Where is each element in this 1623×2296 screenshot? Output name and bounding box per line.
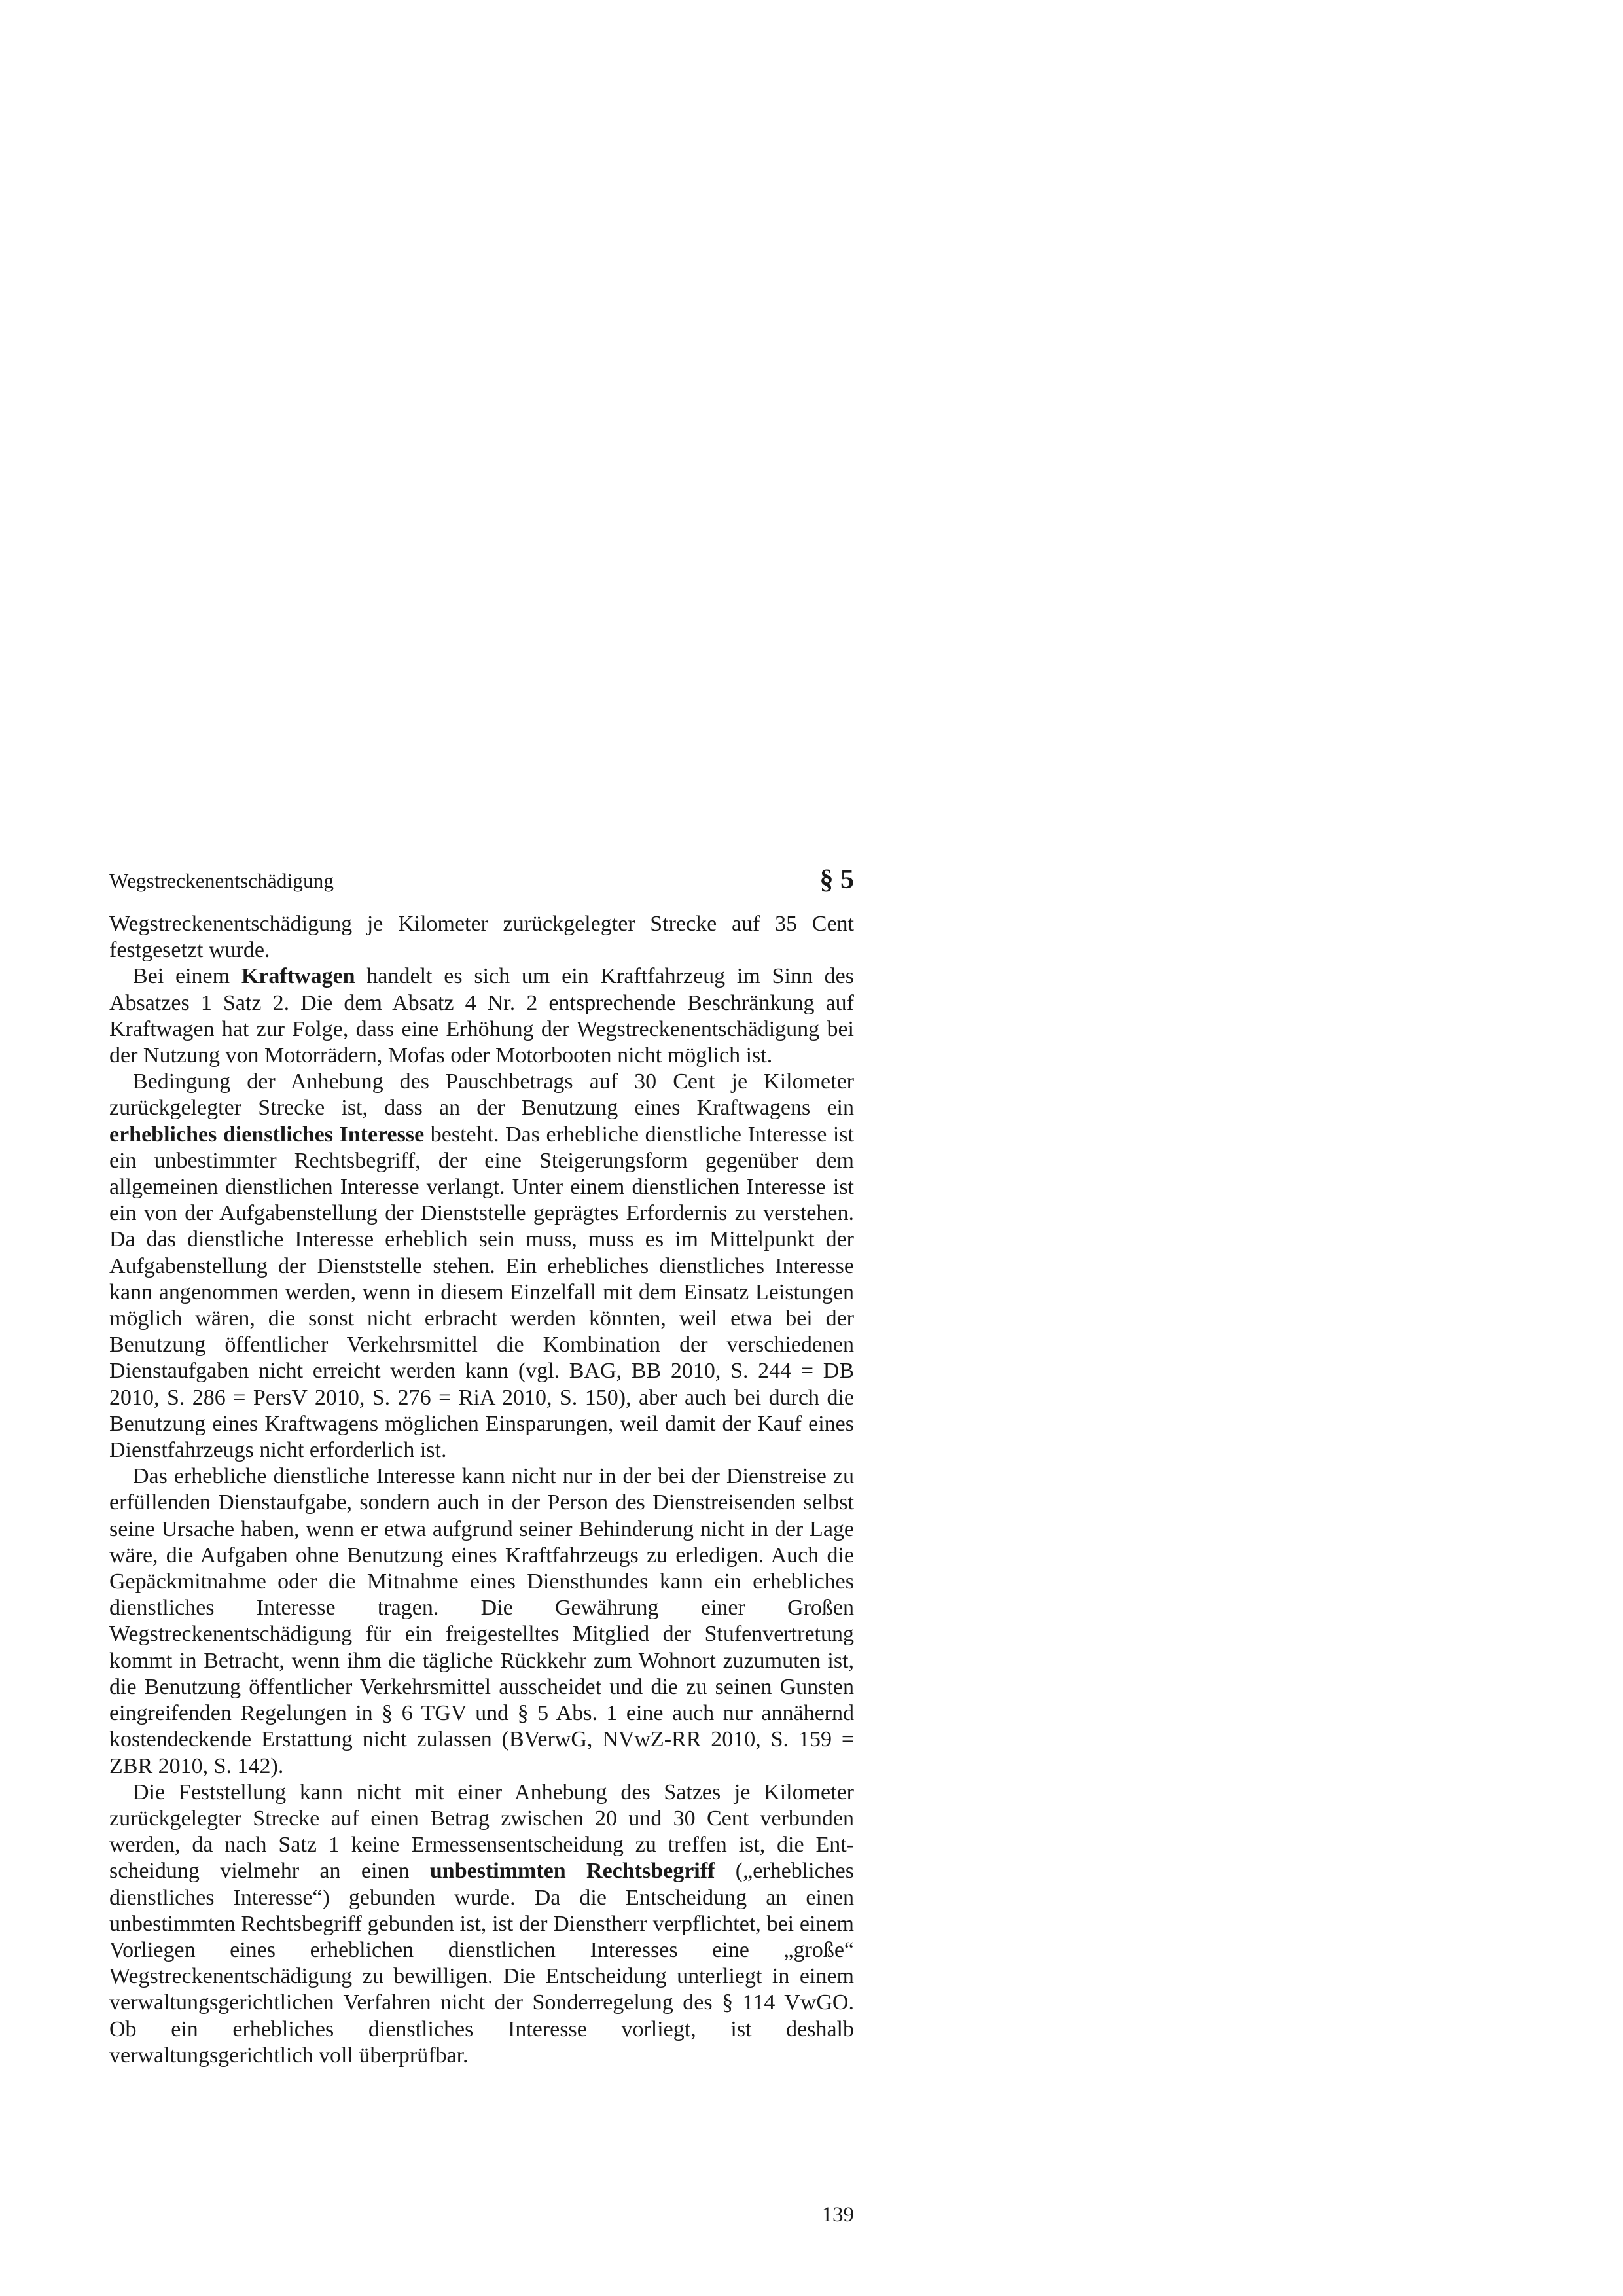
text-segment: besteht. Das erhebliche dienstliche Inte… — [109, 1122, 854, 1462]
text-segment: Bedingung der Anhebung des Pauschbetrags… — [109, 1069, 854, 1120]
page-number: 139 — [109, 2203, 854, 2227]
running-header: Wegstreckenentschädigung § 5 — [109, 859, 854, 898]
text-segment: Bei einem — [133, 964, 241, 988]
bold-term: unbestimmten Rechtsbegriff — [430, 1859, 715, 1883]
bold-term: erhebliches dienstliches Interesse — [109, 1122, 424, 1147]
paragraph: Bedingung der Anhebung des Pauschbetrags… — [109, 1069, 854, 1463]
paragraph: Das erhebliche dienstliche Interesse kan… — [109, 1463, 854, 1779]
body-text: Wegstreckenentschädigung je Kilometer zu… — [109, 911, 854, 2069]
section-number: § 5 — [820, 864, 855, 895]
text-segment: Wegstreckenentschädigung je Kilometer zu… — [109, 912, 854, 962]
text-segment: Das erhebliche dienstliche Interesse kan… — [109, 1464, 854, 1778]
paragraph: Wegstreckenentschädigung je Kilometer zu… — [109, 911, 854, 963]
document-page: Wegstreckenentschädigung § 5 Wegstrecken… — [0, 0, 1623, 2296]
running-title: Wegstreckenentschädigung — [109, 869, 334, 893]
paragraph: Bei einem Kraftwagen handelt es sich um … — [109, 963, 854, 1069]
paragraph: Die Feststellung kann nicht mit einer An… — [109, 1780, 854, 2069]
text-segment: („erhebliches dienstliches Interesse“) g… — [109, 1859, 854, 2067]
bold-term: Kraftwagen — [241, 964, 355, 988]
